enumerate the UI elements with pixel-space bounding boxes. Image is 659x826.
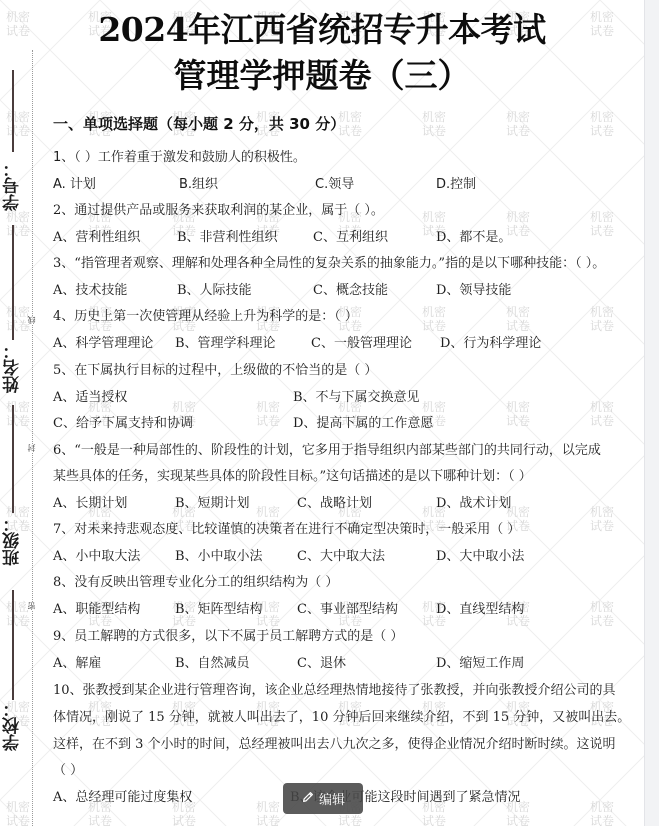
watermark-tile: 机密试卷 (500, 305, 536, 333)
option-a[interactable]: A、技术技能 (53, 279, 127, 298)
question-6-stem-line2: 某些具体的任务，实现某些具体的阶段性目标。”这句话描述的是以下哪种计划：（ ） (53, 465, 532, 484)
question-10-stem-line3: 这样，在不到 3 个小时的时间，总经理被叫出去八九次之多，使得企业情况介绍时断时… (53, 733, 616, 752)
question-8-stem: 8、没有反映出管理专业化分工的组织结构为（ ） (53, 571, 338, 590)
option-a[interactable]: A. 计划 (53, 173, 96, 192)
option-a[interactable]: A、职能型结构 (53, 598, 140, 617)
field-underline-school (12, 590, 14, 700)
option-d[interactable]: D.控制 (436, 173, 476, 192)
option-c[interactable]: C、一般管理理论 (311, 332, 412, 351)
question-6-options: A、长期计划 B、短期计划 C、战略计划 D、战术计划 (53, 492, 643, 510)
cut-mark-line: 线 (26, 316, 38, 324)
question-7-stem: 7、对未来持悲观态度、比较谨慎的决策者在进行不确定型决策时，一般采用（ ） (53, 518, 520, 537)
option-c[interactable]: C、事业部型结构 (297, 598, 398, 617)
question-1-stem: 1、（ ）工作着重于激发和鼓励人的积极性。 (53, 146, 306, 165)
question-2-stem: 2、通过提供产品或服务来获取利润的某企业，属于（ ）。 (53, 199, 384, 218)
option-d[interactable]: D、行为科学理论 (440, 332, 541, 351)
watermark-text-line1: 机密 (416, 305, 452, 319)
watermark-text-line2: 试卷 (584, 614, 620, 628)
question-7-options: A、小中取大法 B、小中取小法 C、大中取大法 D、大中取小法 (53, 545, 643, 563)
watermark-text-line2: 试卷 (416, 319, 452, 333)
watermark-text-line2: 试卷 (416, 124, 452, 138)
watermark-text-line2: 试卷 (416, 814, 452, 826)
question-10-stem-line1: 10、张教授到某企业进行管理咨询，该企业总经理热情地接待了张教授，并向张教授介绍… (53, 679, 616, 698)
option-a[interactable]: A、科学管理理论 (53, 332, 153, 351)
watermark-tile: 机密试卷 (416, 110, 452, 138)
question-5-options-row2: C、给予下属支持和协调 D、提高下属的工作意愿 (53, 412, 643, 430)
watermark-text-line2: 试卷 (500, 124, 536, 138)
watermark-text-line1: 机密 (500, 110, 536, 124)
watermark-text-line1: 机密 (500, 210, 536, 224)
option-a[interactable]: A、小中取大法 (53, 545, 140, 564)
option-b[interactable]: B、非营利性组织 (177, 226, 278, 245)
label-school: 学校： (0, 700, 22, 751)
question-4-options: A、科学管理理论 B、管理学科理论 C、一般管理理论 D、行为科学理论 (53, 332, 643, 350)
watermark-text-line1: 机密 (500, 305, 536, 319)
question-8-options: A、职能型结构 B、矩阵型结构 C、事业部型结构 D、直线型结构 (53, 598, 643, 616)
watermark-text-line1: 机密 (416, 110, 452, 124)
question-10-stem-line4: （ ） (53, 759, 83, 778)
question-9-options: A、解雇 B、自然减员 C、退休 D、缩短工作周 (53, 652, 643, 670)
question-10-stem-line2: 体情况，刚说了 15 分钟，就被人叫出去了，10 分钟后回来继续介绍，不到 15… (53, 706, 630, 725)
question-3-options: A、技术技能 B、人际技能 C、概念技能 D、领导技能 (53, 279, 643, 297)
binding-margin: 学号： 姓名： 班级： 学校： 线 封 密 (0, 0, 40, 826)
viewer-side-gutter (645, 0, 659, 826)
option-b[interactable]: B、小中取小法 (175, 545, 263, 564)
watermark-tile: 机密试卷 (584, 305, 620, 333)
question-9-stem: 9、员工解聘的方式很多，以下不属于员工解聘方式的是（ ） (53, 625, 403, 644)
question-2-options: A、营利性组织 B、非营利性组织 C、互利组织 D、都不是。 (53, 226, 643, 244)
option-c[interactable]: C、概念技能 (313, 279, 388, 298)
option-d[interactable]: D、都不是。 (436, 226, 511, 245)
watermark-tile: 机密试卷 (584, 110, 620, 138)
label-student-id: 学号： (0, 160, 22, 211)
option-d[interactable]: D、提高下属的工作意愿 (293, 412, 433, 431)
option-c[interactable]: C、战略计划 (297, 492, 372, 511)
label-class: 班级： (0, 515, 22, 566)
option-a[interactable]: A、总经理可能过度集权 (53, 786, 192, 805)
question-5-options-row1: A、适当授权 B、不与下属交换意见 (53, 386, 643, 404)
edit-button-label: 编辑 (319, 789, 345, 808)
exam-page: 机密试卷机密试卷机密试卷机密试卷机密试卷机密试卷机密试卷机密试卷机密试卷机密试卷… (0, 0, 645, 826)
question-5-stem: 5、在下属执行目标的过程中，上级做的不恰当的是（ ） (53, 359, 377, 378)
watermark-tile: 机密试卷 (416, 305, 452, 333)
option-a[interactable]: A、长期计划 (53, 492, 127, 511)
watermark-text-line2: 试卷 (332, 814, 368, 826)
cut-mark-seal: 封 (26, 444, 38, 452)
option-c[interactable]: C、互利组织 (313, 226, 388, 245)
option-a[interactable]: A、适当授权 (53, 386, 127, 405)
cut-mark-secret: 密 (26, 602, 38, 610)
binding-dotted-line (32, 50, 33, 826)
watermark-text-line2: 试卷 (500, 814, 536, 826)
watermark-text-line1: 机密 (584, 110, 620, 124)
option-b[interactable]: B、不与下属交换意见 (293, 386, 420, 405)
question-6-stem-line1: 6、“一般是一种局部性的、阶段性的计划，它多用于指导组织内部某些部门的共同行动，… (53, 439, 601, 458)
option-b[interactable]: B、矩阵型结构 (175, 598, 263, 617)
watermark-text-line1: 机密 (584, 305, 620, 319)
option-b[interactable]: B、管理学科理论 (175, 332, 276, 351)
watermark-text-line2: 试卷 (500, 319, 536, 333)
edit-button[interactable]: 编辑 (283, 783, 363, 814)
option-b[interactable]: B.组织 (179, 173, 218, 192)
option-c[interactable]: C、给予下属支持和协调 (53, 412, 193, 431)
watermark-text-line2: 试卷 (584, 519, 620, 533)
option-b[interactable]: B、人际技能 (177, 279, 252, 298)
pencil-icon (301, 790, 315, 808)
watermark-text-line2: 试卷 (584, 124, 620, 138)
watermark-text-line1: 机密 (416, 210, 452, 224)
field-underline-name (12, 225, 14, 340)
watermark-text-line2: 试卷 (584, 319, 620, 333)
option-a[interactable]: A、营利性组织 (53, 226, 140, 245)
option-c[interactable]: C、大中取大法 (297, 545, 385, 564)
watermark-text-line2: 试卷 (82, 814, 118, 826)
watermark-text-line2: 试卷 (166, 814, 202, 826)
option-d[interactable]: D、大中取小法 (436, 545, 524, 564)
label-name: 姓名： (0, 342, 22, 393)
question-1-options: A. 计划 B.组织 C.领导 D.控制 (53, 173, 643, 191)
field-underline-class (12, 405, 14, 513)
option-d[interactable]: D、缩短工作周 (436, 652, 524, 671)
section-heading: 一、单项选择题（每小题 2 分，共 30 分） (53, 113, 345, 134)
option-a[interactable]: A、解雇 (53, 652, 101, 671)
watermark-tile: 机密试卷 (500, 110, 536, 138)
option-c[interactable]: C、退休 (297, 652, 346, 671)
option-d[interactable]: D、直线型结构 (436, 598, 524, 617)
exam-subtitle: 管理学押题卷（三） (0, 50, 644, 97)
question-3-stem: 3、“指管理者观察、理解和处理各种全局性的复杂关系的抽象能力。”指的是以下哪种技… (53, 252, 605, 271)
option-b[interactable]: B、自然减员 (175, 652, 250, 671)
watermark-text-line2: 试卷 (250, 814, 286, 826)
watermark-text-line1: 机密 (584, 210, 620, 224)
option-d[interactable]: D、战术计划 (436, 492, 511, 511)
option-b[interactable]: B、短期计划 (175, 492, 250, 511)
exam-title: 2024年江西省统招专升本考试 (0, 4, 644, 51)
watermark-text-line2: 试卷 (584, 814, 620, 826)
option-d[interactable]: D、领导技能 (436, 279, 511, 298)
option-c[interactable]: C.领导 (315, 173, 354, 192)
question-4-stem: 4、历史上第一次使管理从经验上升为科学的是：（ ） (53, 305, 358, 324)
